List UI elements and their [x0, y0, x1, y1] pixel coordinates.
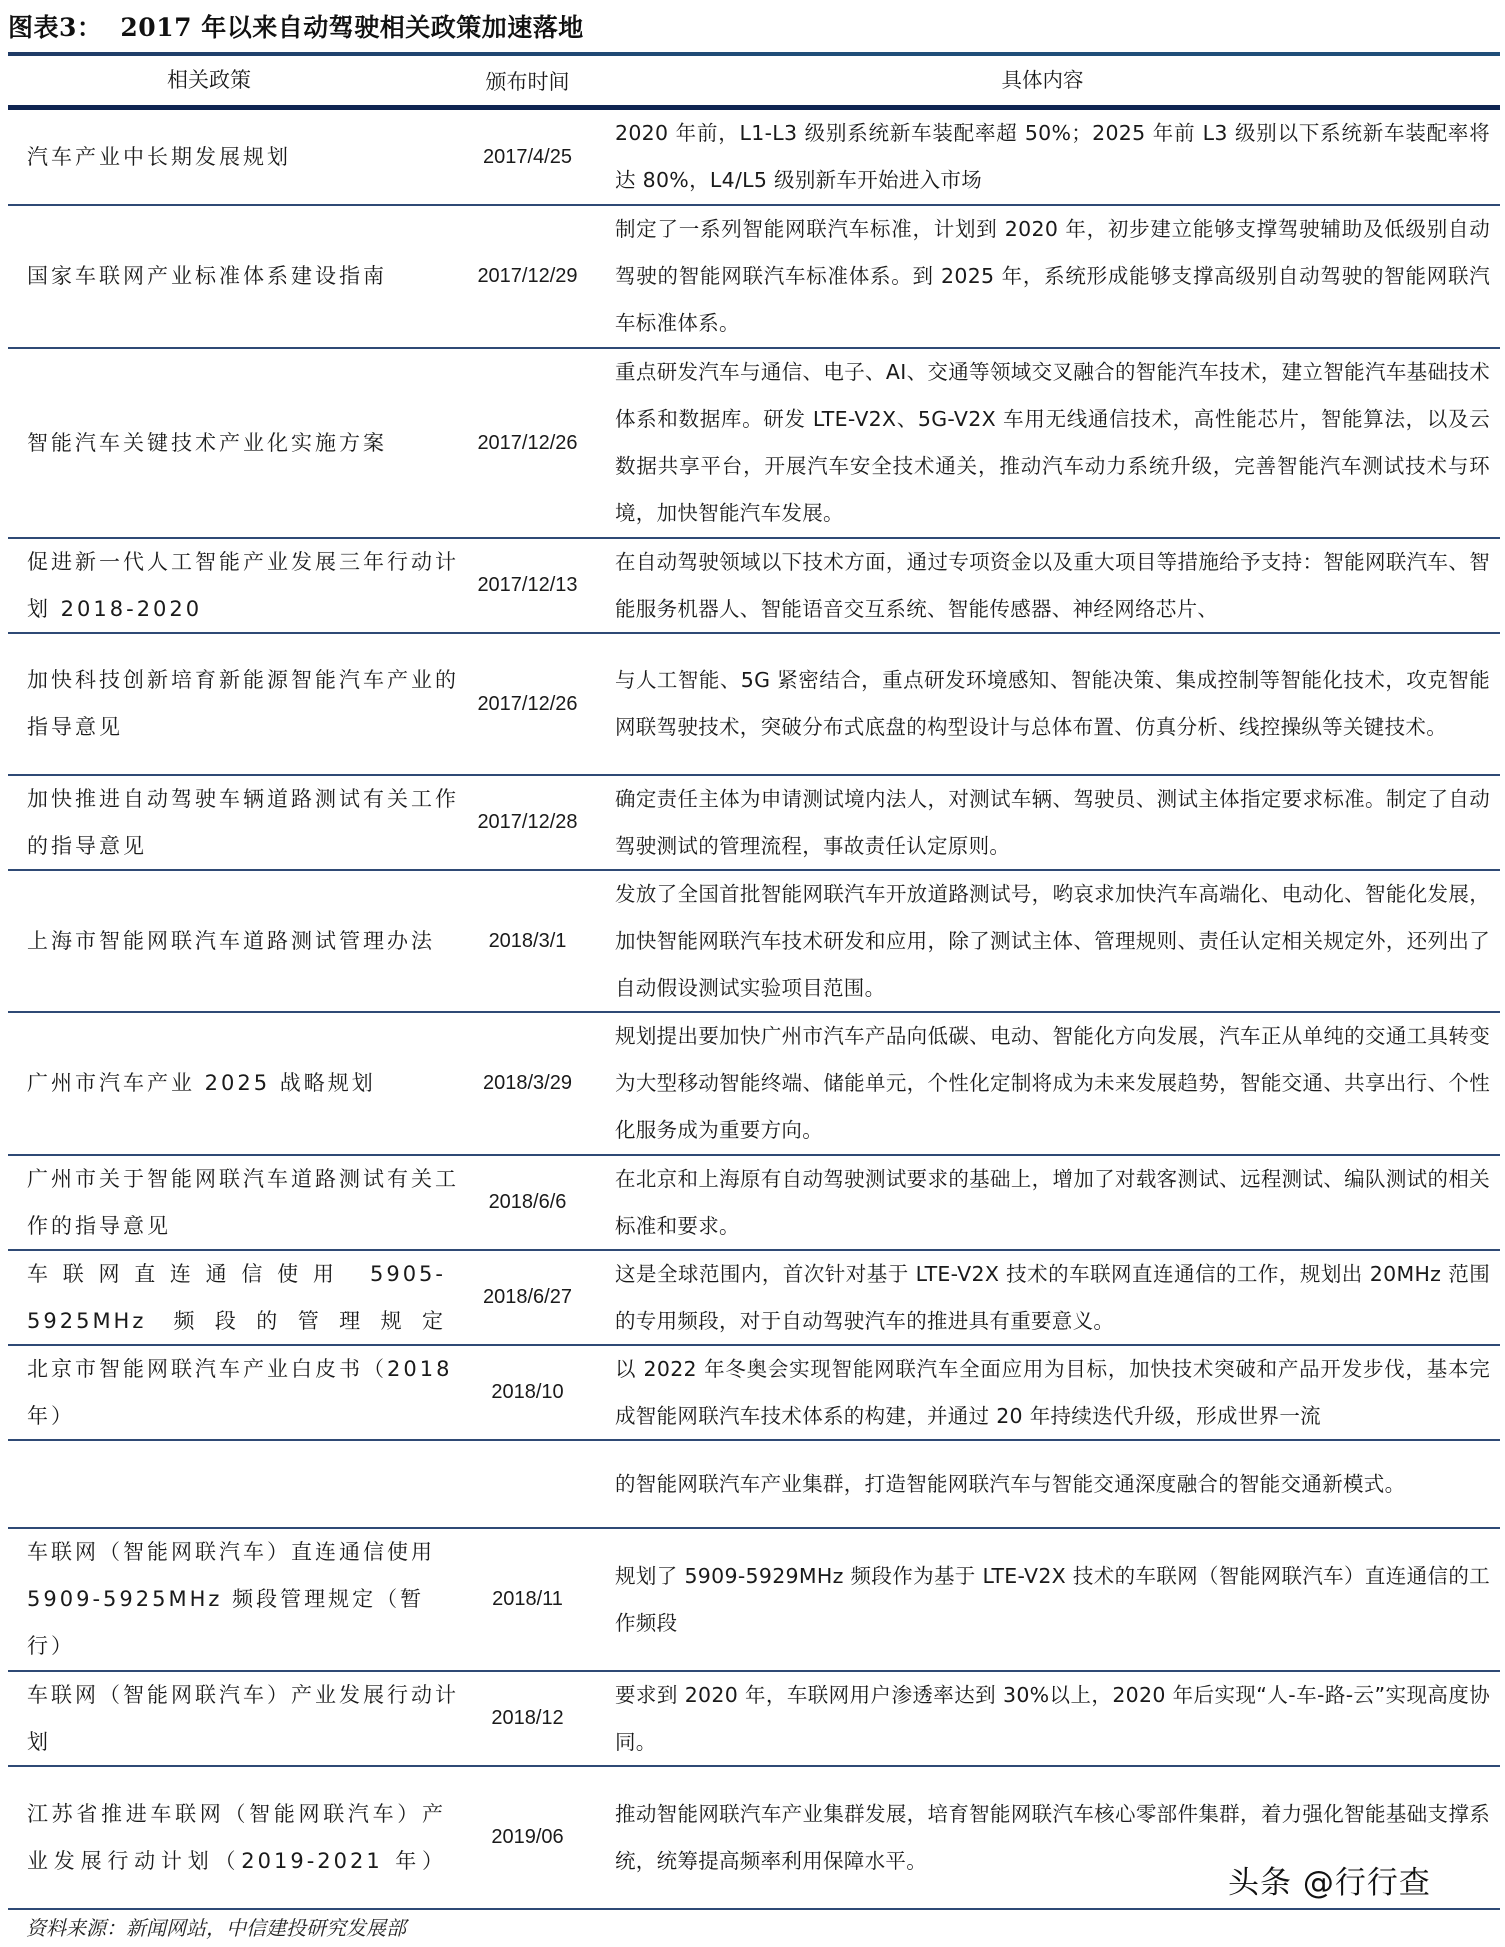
table-row: 广州市关于智能网联汽车道路测试有关工作的指导意见 2018/6/6 在北京和上海… [8, 1156, 1500, 1249]
policy-content: 的智能网联汽车产业集群，打造智能网联汽车与智能交通深度融合的智能交通新模式。 [595, 1461, 1500, 1508]
policy-content: 确定责任主体为申请测试境内法人，对测试车辆、驾驶员、测试主体指定要求标准。制定了… [595, 776, 1500, 870]
table-row: 加快科技创新培育新能源智能汽车产业的指导意见 2017/12/26 与人工智能、… [8, 634, 1500, 774]
figure-title-text: 2017 年以来自动驾驶相关政策加速落地 [120, 13, 583, 42]
policy-name: 加快科技创新培育新能源智能汽车产业的指导意见 [8, 657, 460, 751]
policy-date: 2017/12/26 [460, 432, 595, 455]
policy-content: 这是全球范围内，首次针对基于 LTE-V2X 技术的车联网直连通信的工作，规划出… [595, 1251, 1500, 1345]
figure-label: 图表3： [8, 13, 102, 42]
policy-date: 2019/06 [460, 1826, 595, 1849]
policy-name: 车联网直连通信使用 5905-5925MHz 频段的管理规定 [8, 1251, 460, 1345]
table-row: 加快推进自动驾驶车辆道路测试有关工作的指导意见 2017/12/28 确定责任主… [8, 776, 1500, 869]
policy-table: 相关政策 颁布时间 具体内容 汽车产业中长期发展规划 2017/4/25 202… [8, 52, 1500, 1910]
header-date: 颁布时间 [460, 66, 595, 96]
policy-content: 以 2022 年冬奥会实现智能网联汽车全面应用为目标，加快技术突破和产品开发步伐… [595, 1346, 1500, 1440]
policy-name: 江苏省推进车联网（智能网联汽车）产业发展行动计划（2019-2021 年） [8, 1791, 460, 1885]
policy-date: 2017/12/28 [460, 811, 595, 834]
policy-content: 规划提出要加快广州市汽车产品向低碳、电动、智能化方向发展，汽车正从单纯的交通工具… [595, 1013, 1500, 1154]
policy-date: 2018/6/27 [460, 1286, 595, 1309]
table-row: 广州市汽车产业 2025 战略规划 2018/3/29 规划提出要加快广州市汽车… [8, 1013, 1500, 1154]
table-row: 车联网（智能网联汽车）产业发展行动计划 2018/12 要求到 2020 年，车… [8, 1672, 1500, 1765]
policy-name: 汽车产业中长期发展规划 [8, 134, 460, 181]
source-note: 资料来源：新闻网站，中信建投研究发展部 [26, 1912, 406, 1941]
policy-date: 2018/3/1 [460, 930, 595, 953]
policy-date: 2017/4/25 [460, 146, 595, 169]
table-row: 北京市智能网联汽车产业白皮书（2018 年） 2018/10 以 2022 年冬… [8, 1346, 1500, 1439]
policy-date: 2018/10 [460, 1381, 595, 1404]
policy-date: 2017/12/29 [460, 265, 595, 288]
figure-title: 图表3：2017 年以来自动驾驶相关政策加速落地 [8, 8, 584, 48]
table-row-continuation: 的智能网联汽车产业集群，打造智能网联汽车与智能交通深度融合的智能交通新模式。 [8, 1441, 1500, 1527]
table-bottom-rule [8, 1908, 1500, 1910]
policy-name: 北京市智能网联汽车产业白皮书（2018 年） [8, 1346, 460, 1440]
policy-date: 2018/3/29 [460, 1072, 595, 1095]
policy-name: 上海市智能网联汽车道路测试管理办法 [8, 918, 460, 965]
table-header-row: 相关政策 颁布时间 具体内容 [8, 56, 1500, 105]
policy-name: 智能汽车关键技术产业化实施方案 [8, 420, 460, 467]
policy-name: 国家车联网产业标准体系建设指南 [8, 253, 460, 300]
header-policy: 相关政策 [8, 57, 460, 104]
policy-date: 2018/11 [460, 1588, 595, 1611]
table-row: 国家车联网产业标准体系建设指南 2017/12/29 制定了一系列智能网联汽车标… [8, 206, 1500, 347]
table-row: 车联网直连通信使用 5905-5925MHz 频段的管理规定 2018/6/27… [8, 1251, 1500, 1344]
table-row: 上海市智能网联汽车道路测试管理办法 2018/3/1 发放了全国首批智能网联汽车… [8, 871, 1500, 1011]
policy-content: 发放了全国首批智能网联汽车开放道路测试号，哟哀求加快汽车高端化、电动化、智能化发… [595, 871, 1500, 1012]
policy-name: 促进新一代人工智能产业发展三年行动计划 2018-2020 [8, 539, 460, 633]
policy-date: 2017/12/26 [460, 693, 595, 716]
policy-name: 加快推进自动驾驶车辆道路测试有关工作的指导意见 [8, 776, 460, 870]
policy-content: 规划了 5909-5929MHz 频段作为基于 LTE-V2X 技术的车联网（智… [595, 1553, 1500, 1647]
policy-name: 车联网（智能网联汽车）直连通信使用 5909-5925MHz 频段管理规定（暂行… [8, 1529, 460, 1670]
policy-name: 广州市汽车产业 2025 战略规划 [8, 1060, 460, 1107]
table-row: 车联网（智能网联汽车）直连通信使用 5909-5925MHz 频段管理规定（暂行… [8, 1529, 1500, 1670]
watermark-text: 头条 @行行查 [1228, 1857, 1431, 1902]
policy-content: 在北京和上海原有自动驾驶测试要求的基础上，增加了对载客测试、远程测试、编队测试的… [595, 1156, 1500, 1250]
table-row: 智能汽车关键技术产业化实施方案 2017/12/26 重点研发汽车与通信、电子、… [8, 349, 1500, 537]
policy-date: 2018/12 [460, 1707, 595, 1730]
policy-content: 要求到 2020 年，车联网用户渗透率达到 30%以上，2020 年后实现“人-… [595, 1672, 1500, 1766]
header-content: 具体内容 [595, 57, 1500, 104]
table-row: 汽车产业中长期发展规划 2017/4/25 2020 年前，L1-L3 级别系统… [8, 110, 1500, 204]
policy-content: 2020 年前，L1-L3 级别系统新车装配率超 50%；2025 年前 L3 … [595, 110, 1500, 204]
table-row: 促进新一代人工智能产业发展三年行动计划 2018-2020 2017/12/13… [8, 539, 1500, 632]
policy-date: 2018/6/6 [460, 1191, 595, 1214]
policy-date: 2017/12/13 [460, 574, 595, 597]
policy-name: 广州市关于智能网联汽车道路测试有关工作的指导意见 [8, 1156, 460, 1250]
policy-content: 在自动驾驶领域以下技术方面，通过专项资金以及重大项目等措施给予支持：智能网联汽车… [595, 539, 1500, 633]
policy-content: 制定了一系列智能网联汽车标准，计划到 2020 年，初步建立能够支撑驾驶辅助及低… [595, 206, 1500, 347]
policy-content: 与人工智能、5G 紧密结合，重点研发环境感知、智能决策、集成控制等智能化技术，攻… [595, 657, 1500, 751]
policy-content: 重点研发汽车与通信、电子、AI、交通等领域交叉融合的智能汽车技术，建立智能汽车基… [595, 349, 1500, 537]
policy-name: 车联网（智能网联汽车）产业发展行动计划 [8, 1672, 460, 1766]
